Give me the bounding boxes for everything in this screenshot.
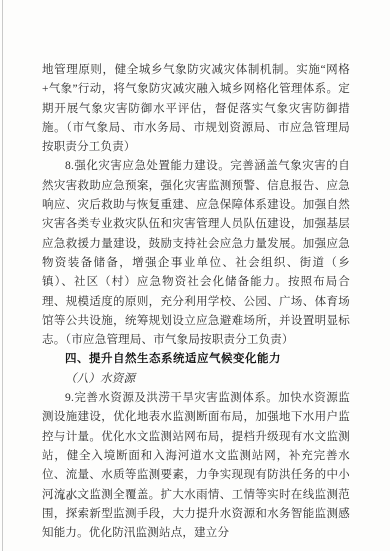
scan-edge-artifact — [2, 0, 3, 551]
section-heading: 四、提升自然生态系统适应气候变化能力 — [42, 350, 350, 369]
paragraph-9: 9.完善水资源及洪涝干旱灾害监测体系。加快水资源监测设施建设，优化地表水监测断面… — [42, 389, 350, 543]
paragraph-continuation: 地管理原则，健全城乡气象防灾减灾体制机制。实施“网格+气象”行动，将气象防灾减灾… — [42, 61, 350, 157]
page-body: 地管理原则，健全城乡气象防灾减灾体制机制。实施“网格+气象”行动，将气象防灾减灾… — [42, 61, 350, 543]
paragraph-8: 8.强化灾害应急处置能力建设。完善涵盖气象灾害的自然灾害救助应急预案，强化灾害监… — [42, 157, 350, 350]
page-number: - 10 - — [50, 493, 83, 503]
document-page: 地管理原则，健全城乡气象防灾减灾体制机制。实施“网格+气象”行动，将气象防灾减灾… — [0, 0, 390, 551]
subsection-heading: （八）水资源 — [42, 370, 350, 389]
